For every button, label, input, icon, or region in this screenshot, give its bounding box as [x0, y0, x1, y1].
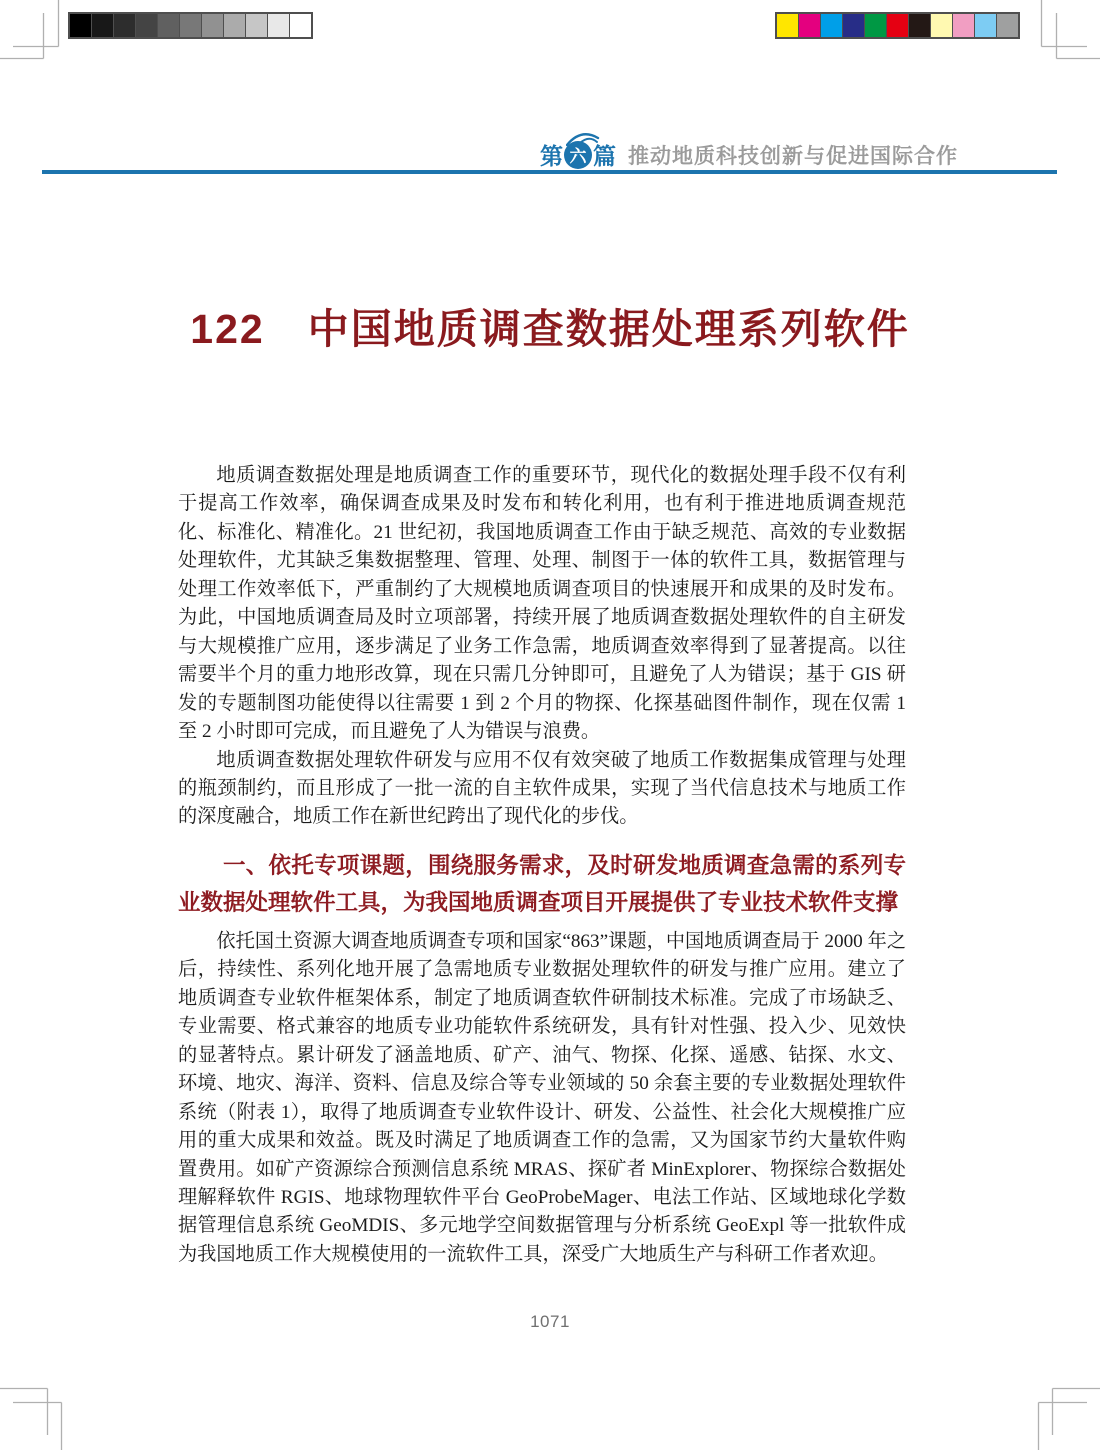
section-heading: 一、依托专项课题，围绕服务需求，及时研发地质调查急需的系列专业数据处理软件工具，…	[178, 847, 906, 921]
color-calibration-bar	[775, 12, 1020, 39]
gray-swatch	[70, 14, 92, 37]
gray-swatch	[92, 14, 114, 37]
paragraph: 地质调查数据处理是地质调查工作的重要环节，现代化的数据处理手段不仅有利于提高工作…	[178, 462, 906, 747]
body-content: 地质调查数据处理是地质调查工作的重要环节，现代化的数据处理手段不仅有利于提高工作…	[178, 462, 906, 1269]
color-swatch	[953, 14, 975, 37]
gray-swatch	[268, 14, 290, 37]
page-number: 1071	[0, 1312, 1100, 1332]
part-number-badge: 六	[564, 141, 592, 169]
gray-swatch	[136, 14, 158, 37]
color-swatch	[975, 14, 997, 37]
book-page: 第 六 篇 推动地质科技创新与促进国际合作 122 中国地质调查数据处理系列软件…	[0, 0, 1100, 1450]
color-swatch	[821, 14, 843, 37]
running-header-title: 推动地质科技创新与促进国际合作	[628, 140, 958, 170]
gray-swatch	[114, 14, 136, 37]
paragraph: 地质调查数据处理软件研发与应用不仅有效突破了地质工作数据集成管理与处理的瓶颈制约…	[178, 747, 906, 832]
paragraph: 依托国土资源大调查地质调查专项和国家“863”课题，中国地质调查局于 2000 …	[178, 928, 906, 1269]
grayscale-calibration-bar	[68, 12, 313, 39]
gray-swatch	[180, 14, 202, 37]
gray-swatch	[224, 14, 246, 37]
swoosh-icon	[566, 131, 600, 147]
color-swatch	[777, 14, 799, 37]
gray-swatch	[246, 14, 268, 37]
color-swatch	[909, 14, 931, 37]
chapter-title: 122 中国地质调查数据处理系列软件	[0, 296, 1100, 355]
color-swatch	[843, 14, 865, 37]
running-header: 第 六 篇 推动地质科技创新与促进国际合作	[540, 138, 958, 171]
gray-swatch	[202, 14, 224, 37]
color-swatch	[997, 14, 1018, 37]
gray-swatch	[158, 14, 180, 37]
color-swatch	[799, 14, 821, 37]
color-swatch	[887, 14, 909, 37]
color-swatch	[931, 14, 953, 37]
part-prefix: 第	[540, 138, 563, 171]
color-swatch	[865, 14, 887, 37]
gray-swatch	[290, 14, 311, 37]
header-rule	[42, 170, 1057, 174]
